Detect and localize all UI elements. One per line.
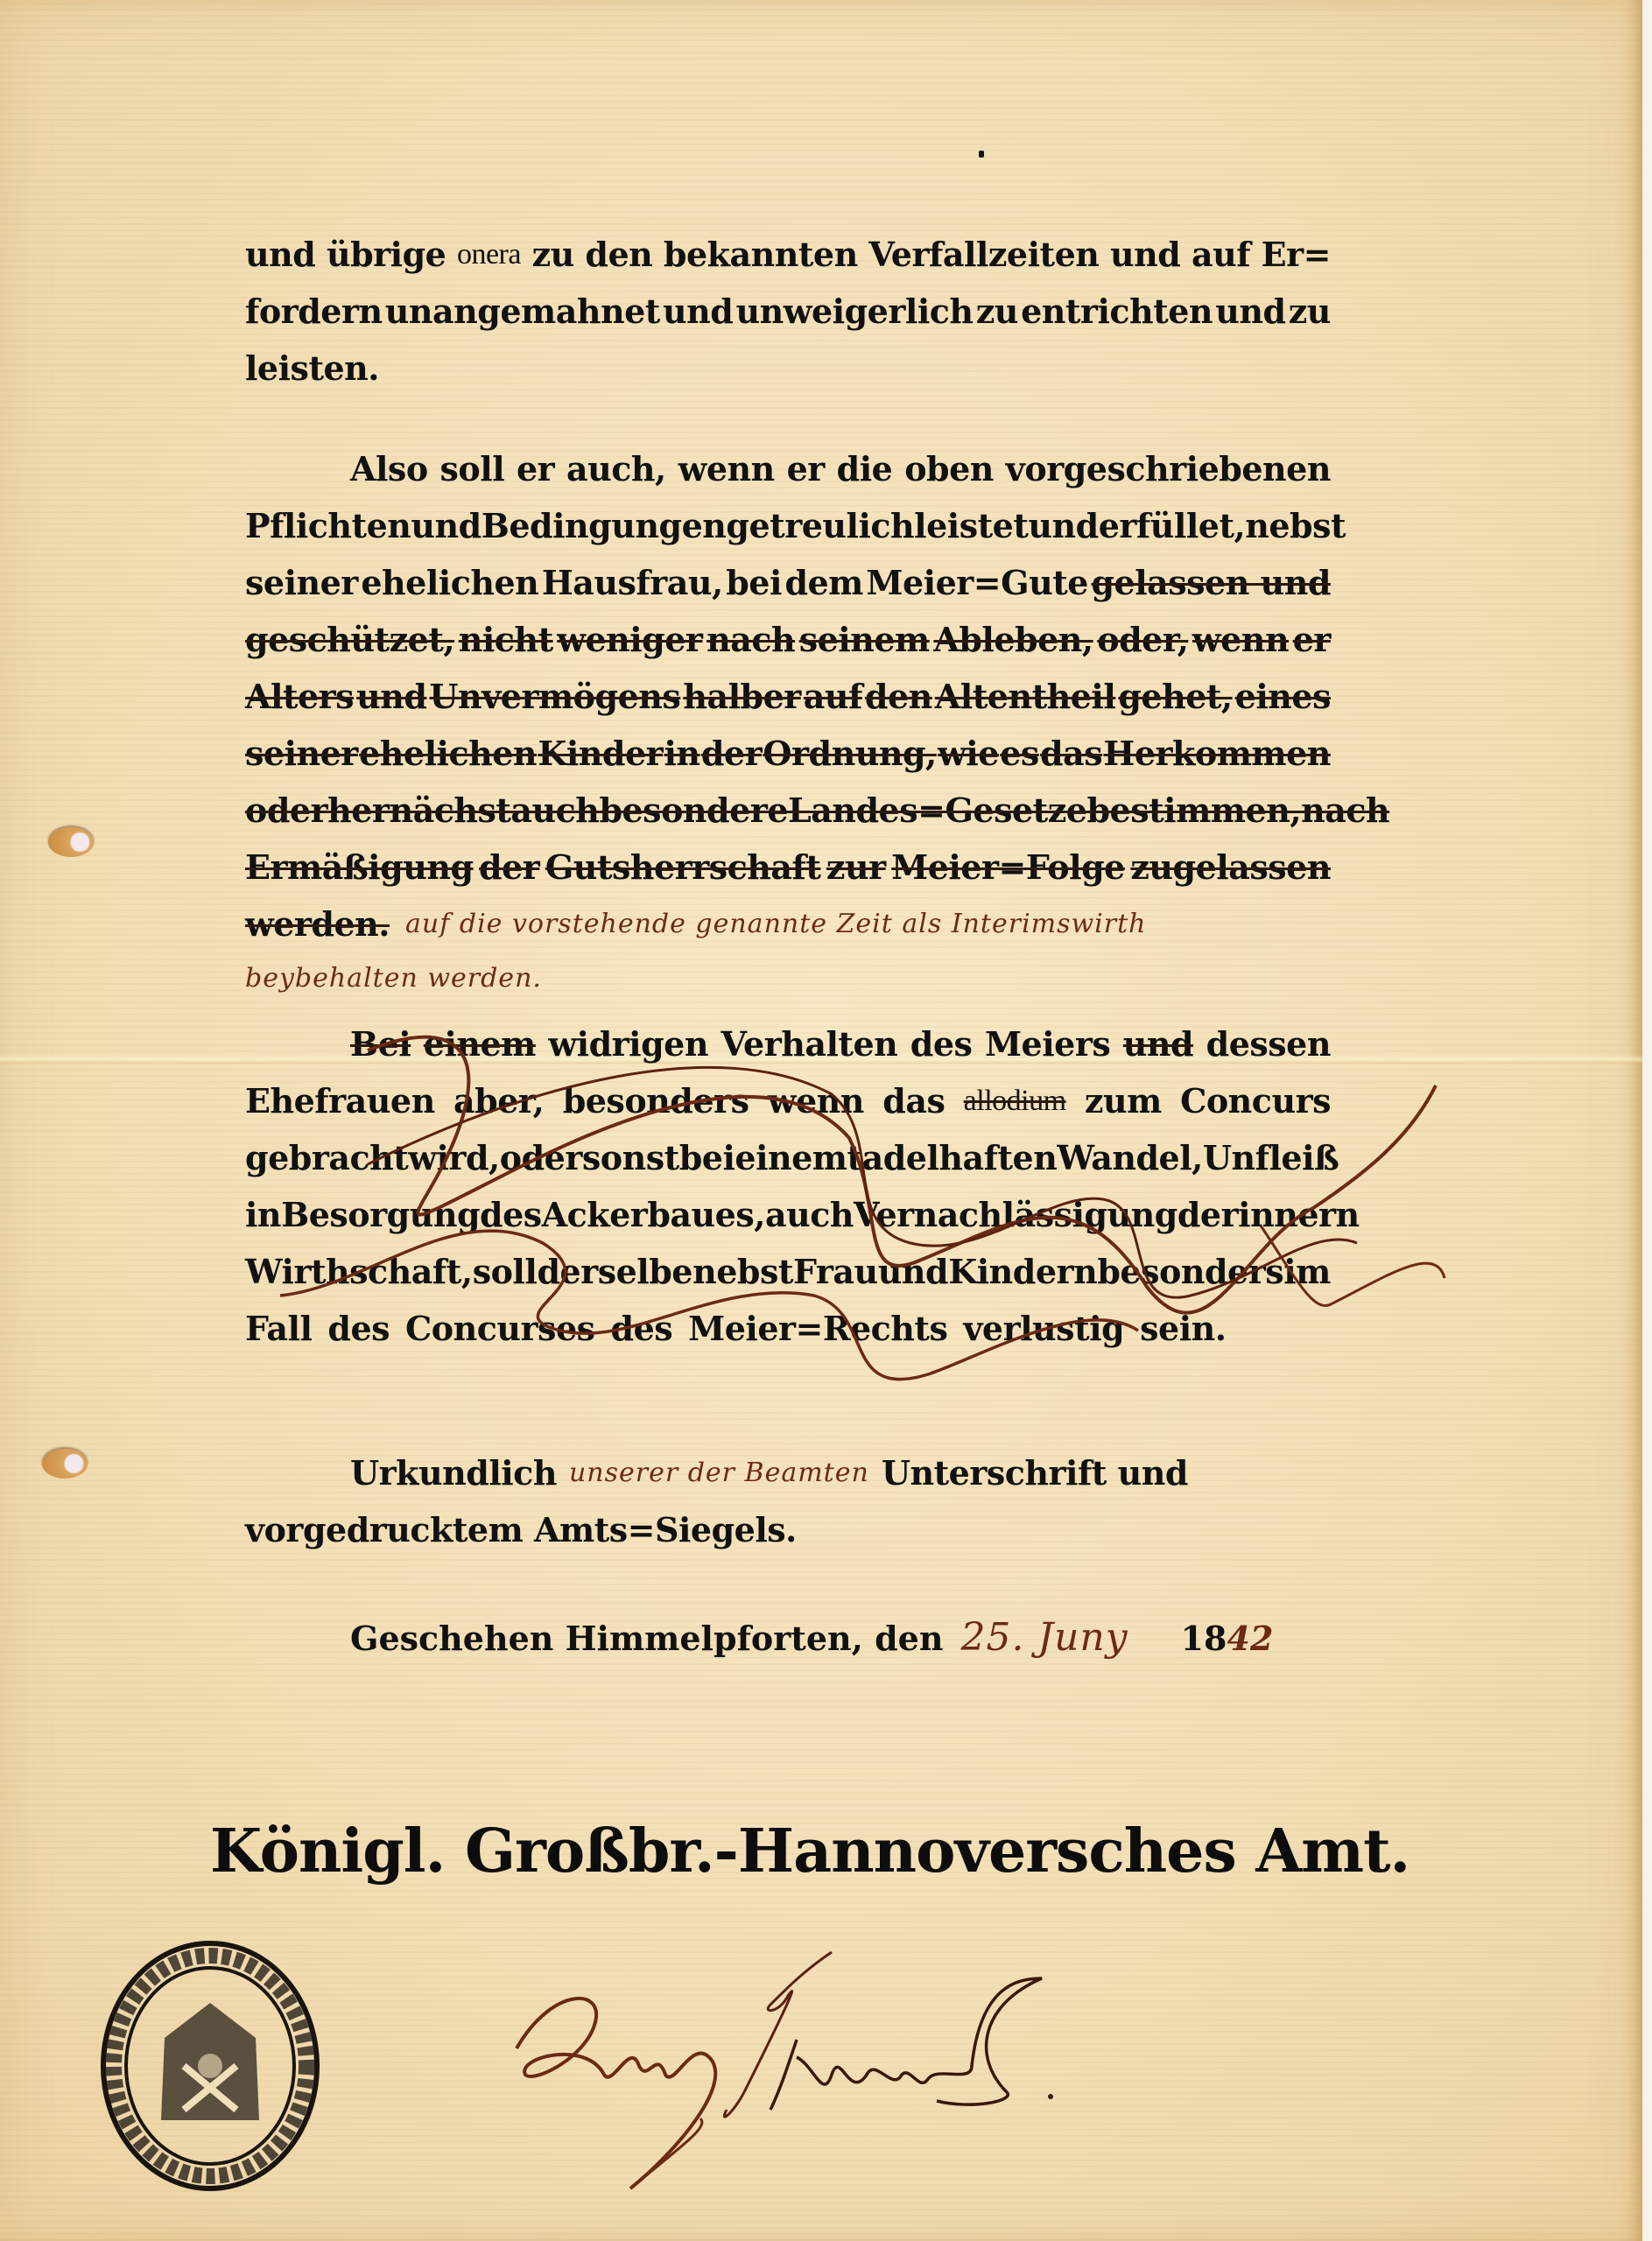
latin-word: onera: [457, 226, 521, 283]
word: auch: [510, 782, 599, 839]
word: Besorgung: [281, 1186, 480, 1243]
word: bekannten: [664, 226, 858, 283]
word: der: [701, 725, 762, 782]
word: Meier=Rechts: [688, 1300, 947, 1357]
word: verlustig: [963, 1300, 1124, 1357]
year-handwritten: 42: [1227, 1619, 1274, 1658]
struck-text: gelassen und: [1091, 554, 1330, 611]
word: bei: [679, 1129, 735, 1186]
struck-text-line: oder hernächst auch besondere Landes=Ges…: [245, 782, 1331, 839]
text-line: Bei einem widrigen Verhalten des Meiers …: [245, 1015, 1331, 1072]
word: in: [245, 1186, 281, 1243]
word: fordern: [245, 283, 383, 340]
struck-text-line: geschützet, nicht weniger nach seinem Ab…: [245, 611, 1331, 668]
date-prefix: Geschehen Himmelpforten, den: [350, 1619, 943, 1658]
word: das: [882, 1072, 945, 1129]
struck-text-line: seiner ehelichen Kinder in der Ordnung, …: [245, 725, 1331, 782]
word: nach: [1301, 782, 1389, 839]
word: es: [1000, 725, 1039, 782]
text-line: Also soll er auch, wenn er die oben vorg…: [245, 440, 1331, 497]
word: Unfleiß: [1203, 1129, 1339, 1186]
word: Concurs: [1180, 1072, 1331, 1129]
word: auf: [804, 668, 862, 725]
word: des: [910, 1015, 973, 1072]
word: Unvermögens: [429, 668, 680, 725]
word: der: [479, 839, 539, 896]
paragraph-1: und übrige onera zu den bekannten Verfal…: [245, 226, 1331, 397]
word: Altentheil: [935, 668, 1116, 725]
word: leistet: [914, 497, 1028, 554]
word: widrigen: [548, 1015, 708, 1072]
text-line: und übrige onera zu den bekannten Verfal…: [245, 226, 1331, 283]
word: den: [865, 668, 932, 725]
word: nebst: [1245, 497, 1346, 554]
struck-text: werden.: [245, 896, 390, 952]
word: zu: [1289, 283, 1331, 340]
word: innern: [1238, 1186, 1360, 1243]
word: Kindern: [948, 1243, 1097, 1300]
word: des: [611, 1300, 673, 1357]
word: wie: [938, 725, 999, 782]
word: die: [837, 440, 893, 497]
word: ehelichen: [359, 725, 537, 782]
text-line: in Besorgung des Ackerbaues, auch Vernac…: [245, 1186, 1331, 1243]
word: Urkundlich: [350, 1444, 557, 1501]
text-line: fordern unangemahnet und unweigerlich zu…: [245, 283, 1331, 340]
word: und: [356, 668, 426, 725]
word: seinem: [799, 611, 930, 668]
word: in: [664, 725, 699, 782]
word: nicht: [459, 611, 553, 668]
struck-text: einem: [424, 1015, 536, 1072]
word: Ehefrauen: [245, 1072, 435, 1129]
word: soll: [440, 440, 505, 497]
word: besondere: [599, 782, 788, 839]
word: und: [1028, 497, 1098, 554]
struck-text-line: Ermäßigung der Gutsherrschaft zur Meier=…: [245, 839, 1331, 896]
word: dem: [784, 554, 862, 611]
word: hernächst: [327, 782, 510, 839]
punch-hole-upper: [48, 827, 94, 857]
word: ehelichen: [361, 554, 538, 611]
word: Bedingungen: [482, 497, 727, 554]
word: nebst: [692, 1243, 793, 1300]
word: derselbe: [537, 1243, 692, 1300]
word: das: [1040, 725, 1102, 782]
word: Ordnung,: [763, 725, 936, 782]
word: Hausfrau,: [542, 554, 723, 611]
word: zu: [976, 283, 1018, 340]
word: er: [787, 440, 825, 497]
word: auch: [765, 1186, 854, 1243]
word: wenn: [768, 1072, 864, 1129]
punch-hole-lower: [42, 1449, 88, 1479]
word: Fall: [245, 1300, 312, 1357]
word: seiner: [245, 725, 358, 782]
word: aber,: [453, 1072, 544, 1129]
text-line: gebracht wird, oder sonst bei einem tade…: [245, 1129, 1331, 1186]
word: auf: [1192, 226, 1250, 283]
handwritten-insert: beybehalten werden.: [245, 952, 542, 1005]
text-line: vorgedrucktem Amts=Siegels.: [245, 1501, 1331, 1558]
word: Ackerbaues,: [542, 1186, 765, 1243]
word: besonders: [1097, 1243, 1283, 1300]
word: entrichten: [1021, 283, 1213, 340]
authority-title: Königl. Großbr.-Hannoversches Amt.: [210, 1816, 1348, 1886]
word: geschützet,: [245, 611, 454, 668]
document-page: und übrige onera zu den bekannten Verfal…: [0, 0, 1642, 2241]
signatures-icon: [482, 1935, 1269, 2197]
paragraph-3: Bei einem widrigen Verhalten des Meiers …: [245, 1015, 1331, 1357]
handwritten-insert: unserer der Beamten: [569, 1444, 869, 1501]
word: und: [878, 1243, 948, 1300]
word: unangemahnet: [385, 283, 660, 340]
date-line: Geschehen Himmelpforten, den 25. Juny 18…: [350, 1615, 1273, 1660]
word: und: [411, 497, 481, 554]
word: zu: [532, 226, 574, 283]
struck-text: und: [1123, 1015, 1193, 1072]
word: und: [1110, 226, 1180, 283]
word: wird,: [408, 1129, 499, 1186]
word: unweigerlich: [736, 283, 974, 340]
text-line: seiner ehelichen Hausfrau, bei dem Meier…: [245, 554, 1331, 611]
word: und: [245, 226, 315, 283]
word: tadelhaften: [847, 1129, 1058, 1186]
word: er: [517, 440, 554, 497]
word: wenn: [678, 440, 775, 497]
word: Kinder: [538, 725, 663, 782]
word: sonst: [582, 1129, 679, 1186]
word: des: [480, 1186, 542, 1243]
word: übrige: [327, 226, 446, 283]
word: soll: [473, 1243, 538, 1300]
word: vorgeschriebenen: [1006, 440, 1331, 497]
word: Landes=Gesetze: [788, 782, 1086, 839]
word: sein.: [1140, 1300, 1226, 1357]
word: auch,: [566, 440, 666, 497]
text-line: Ehefrauen aber, besonders wenn das allod…: [245, 1072, 1331, 1129]
word: Verfallzeiten: [868, 226, 1099, 283]
word: Frau: [793, 1243, 878, 1300]
word: Meier=Folge: [891, 839, 1125, 896]
word: gehet,: [1118, 668, 1232, 725]
handwritten-insert: auf die vorstehende genannte Zeit als In…: [405, 896, 1146, 952]
struck-text: Bei: [350, 1015, 411, 1072]
word: Alters: [245, 668, 354, 725]
word: Wandel,: [1057, 1129, 1203, 1186]
word: bestimmen,: [1086, 782, 1301, 839]
word: halber: [683, 668, 800, 725]
word: gebracht: [245, 1129, 408, 1186]
word: Herkommen: [1103, 725, 1331, 782]
paragraph-2: Also soll er auch, wenn er die oben vorg…: [245, 440, 1331, 1005]
word: dessen: [1206, 1015, 1331, 1072]
text-line: Wirthschaft, soll derselbe nebst Frau un…: [245, 1243, 1331, 1300]
word: Unterschrift und: [882, 1444, 1188, 1501]
word: und: [663, 283, 733, 340]
word: er: [1293, 611, 1331, 668]
word: Ermäßigung: [245, 839, 474, 896]
word: leisten.: [245, 340, 379, 397]
word: Vernachlässigung: [854, 1186, 1177, 1243]
word: der: [1177, 1186, 1238, 1243]
struck-text-line: Alters und Unvermögens halber auf den Al…: [245, 668, 1331, 725]
text-line: Urkundlich unserer der Beamten Unterschr…: [245, 1444, 1331, 1501]
word: Wirthschaft,: [245, 1243, 473, 1300]
word: weniger: [557, 611, 702, 668]
word: und: [1215, 283, 1285, 340]
word: oder,: [1097, 611, 1188, 668]
word: wenn: [1192, 611, 1289, 668]
word: zum: [1085, 1072, 1162, 1129]
word: des: [327, 1300, 390, 1357]
word: eines: [1235, 668, 1331, 725]
word: besonders: [563, 1072, 749, 1129]
word: seiner: [245, 554, 358, 611]
paragraph-4: Urkundlich unserer der Beamten Unterschr…: [245, 1444, 1331, 1558]
year-printed: 18: [1181, 1619, 1227, 1658]
text-line: werden. auf die vorstehende genannte Zei…: [245, 896, 1331, 952]
word: bei: [726, 554, 782, 611]
word: nach: [706, 611, 795, 668]
word: oder: [500, 1129, 582, 1186]
word: oder: [245, 782, 327, 839]
ink-speck: [979, 151, 984, 158]
word: im: [1283, 1243, 1331, 1300]
word: Pflichten: [245, 497, 411, 554]
word: zur: [826, 839, 886, 896]
word: getreulich: [726, 497, 914, 554]
word: zugelassen: [1130, 839, 1331, 896]
text-line: Pflichten und Bedingungen getreulich lei…: [245, 497, 1331, 554]
latin-word: allodium: [964, 1072, 1066, 1129]
handwritten-date: 25. Juny: [960, 1615, 1128, 1660]
text-line: beybehalten werden.: [245, 952, 1331, 1005]
year: 1842: [1181, 1619, 1274, 1658]
word: Meiers: [985, 1015, 1110, 1072]
word: Ableben,: [933, 611, 1093, 668]
word: Also: [350, 440, 428, 497]
text-line: leisten.: [245, 340, 1331, 397]
official-seal-icon: [96, 1935, 324, 2197]
word: den: [585, 226, 652, 283]
word: vorgedrucktem Amts=Siegels.: [245, 1501, 797, 1558]
word: einem: [735, 1129, 847, 1186]
word: oben: [904, 440, 994, 497]
word: Gutsherrschaft: [545, 839, 821, 896]
word: Concurses: [405, 1300, 594, 1357]
word: Er=: [1262, 226, 1331, 283]
word: erfüllet,: [1099, 497, 1246, 554]
text-line: Fall des Concurses des Meier=Rechts verl…: [245, 1300, 1331, 1357]
word: Meier=Gute: [866, 554, 1088, 611]
word: Verhalten: [721, 1015, 898, 1072]
